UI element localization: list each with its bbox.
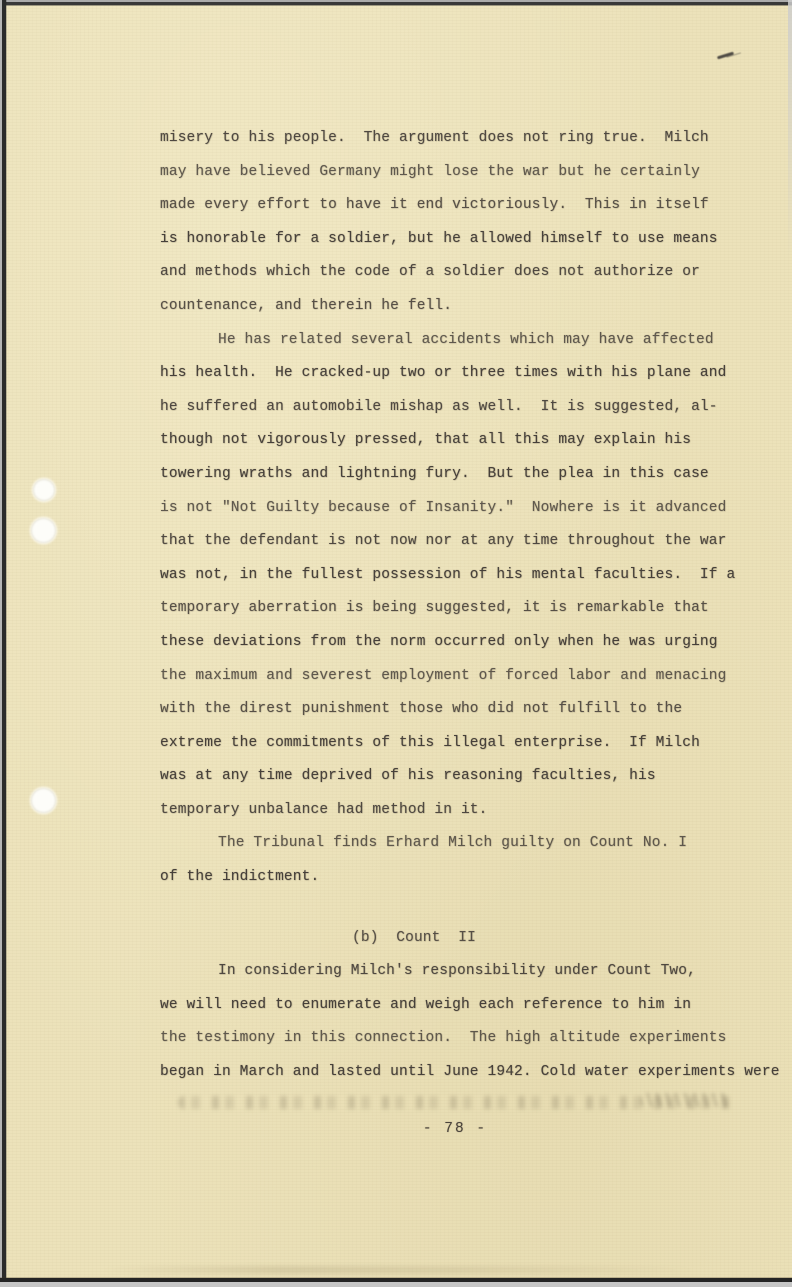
text-line: though not vigorously pressed, that all … <box>160 424 760 458</box>
pen-mark <box>717 52 734 60</box>
text-line: misery to his people. The argument does … <box>160 122 760 156</box>
text-line: he suffered an automobile mishap as well… <box>160 391 760 425</box>
text-line: extreme the commitments of this illegal … <box>160 727 760 761</box>
text-line: temporary aberration is being suggested,… <box>160 592 760 626</box>
text-line: made every effort to have it end victori… <box>160 189 760 223</box>
text-line: The Tribunal finds Erhard Milch guilty o… <box>160 827 760 861</box>
text-line: countenance, and therein he fell. <box>160 290 760 324</box>
text-line: we will need to enumerate and weigh each… <box>160 989 760 1023</box>
text-line: was not, in the fullest possession of hi… <box>160 559 760 593</box>
text-line: began in March and lasted until June 194… <box>160 1056 760 1090</box>
text-line: that the defendant is not now nor at any… <box>160 525 760 559</box>
text-line: his health. He cracked-up two or three t… <box>160 357 760 391</box>
text-line: and methods which the code of a soldier … <box>160 256 760 290</box>
text-line: He has related several accidents which m… <box>160 324 760 358</box>
page-number: - 78 - <box>160 1113 750 1147</box>
scan-edge-top <box>0 0 792 6</box>
text-line: these deviations from the norm occurred … <box>160 626 760 660</box>
scan-edge-bottom <box>0 1277 792 1287</box>
punch-hole <box>33 479 55 501</box>
scanned-page: misery to his people. The argument does … <box>0 0 792 1287</box>
section-heading: (b) Count II <box>160 922 760 956</box>
text-line: the testimony in this connection. The hi… <box>160 1022 760 1056</box>
text-line: In considering Milch's responsibility un… <box>160 955 760 989</box>
text-line: may have believed Germany might lose the… <box>160 156 760 190</box>
text-line: temporary unbalance had method in it. <box>160 794 760 828</box>
text-line: is not "Not Guilty because of Insanity."… <box>160 492 760 526</box>
text-line: was at any time deprived of his reasonin… <box>160 760 760 794</box>
document-lines: misery to his people. The argument does … <box>160 122 760 1090</box>
scan-edge-right <box>788 0 792 260</box>
text-line: is honorable for a soldier, but he allow… <box>160 223 760 257</box>
punch-hole <box>31 788 56 813</box>
text-line: the maximum and severest employment of f… <box>160 660 760 694</box>
text-line: towering wraths and lightning fury. But … <box>160 458 760 492</box>
punch-hole <box>31 518 56 543</box>
text-line: of the indictment. <box>160 861 760 895</box>
scan-smear <box>100 1266 700 1274</box>
scan-edge-left <box>0 0 8 1287</box>
faded-text-smudge <box>640 1093 730 1107</box>
text-line: with the direst punishment those who did… <box>160 693 760 727</box>
